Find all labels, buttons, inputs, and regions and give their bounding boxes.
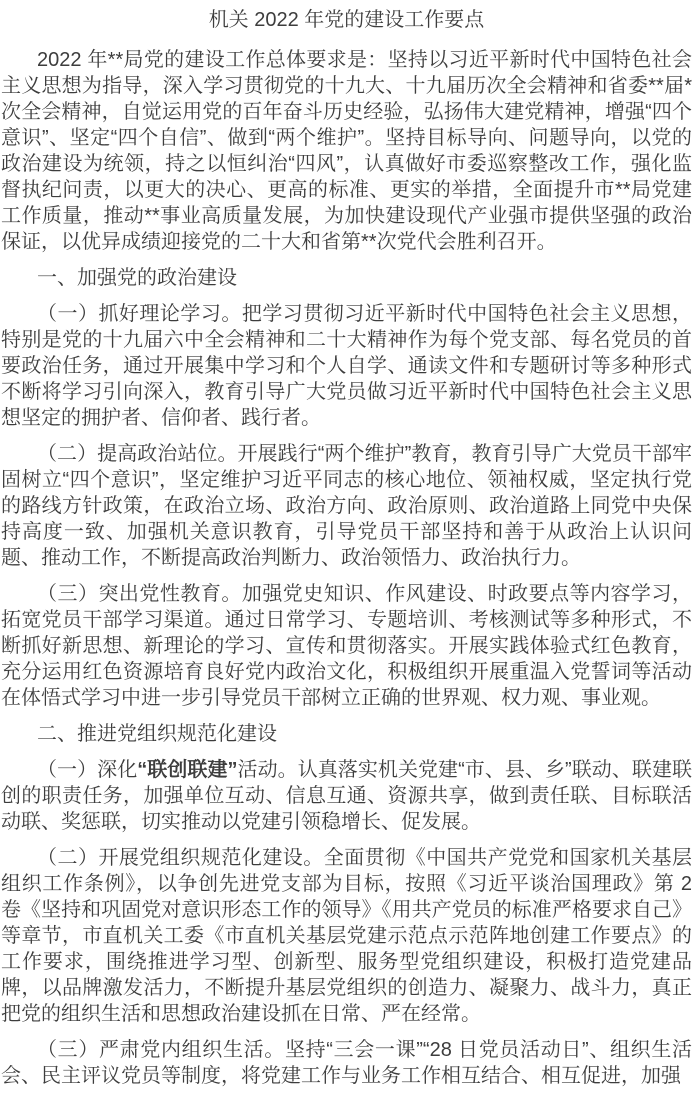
paragraph-2-1-joint-building: （一）深化“联创联建”活动。认真落实机关党建“市、县、乡”联动、联建联创的职责任…: [1, 757, 692, 835]
text-run-bold: “联创联建”: [137, 759, 237, 781]
text-run: （一）深化: [37, 759, 137, 781]
section-heading-1: 一、加强党的政治建设: [1, 265, 692, 291]
paragraph-2-3-party-organizational-life: （三）严肃党内组织生活。坚持“三会一课”“28 日党员活动日”、组织生活会、民主…: [1, 1037, 692, 1089]
doc-title: 机关 2022 年党的建设工作要点: [1, 6, 692, 34]
document-page: 机关 2022 年党的建设工作要点 2022 年**局党的建设工作总体要求是：坚…: [0, 0, 693, 1097]
paragraph-1-3-party-spirit-education: （三）突出党性教育。加强党史知识、作风建设、时政要点等内容学习，拓宽党员干部学习…: [1, 581, 692, 711]
section-heading-2: 二、推进党组织规范化建设: [1, 721, 692, 747]
paragraph-2-2-standardized-building: （二）开展党组织规范化建设。全面贯彻《中国共产党党和国家机关基层组织工作条例》，…: [1, 845, 692, 1027]
paragraph-overview: 2022 年**局党的建设工作总体要求是：坚持以习近平新时代中国特色社会主义思想…: [1, 47, 692, 255]
paragraph-1-1-theory-study: （一）抓好理论学习。把学习贯彻习近平新时代中国特色社会主义思想，特别是党的十九届…: [1, 301, 692, 431]
paragraph-1-2-political-stance: （二）提高政治站位。开展践行“两个维护”教育，教育引导广大党员干部牢固树立“四个…: [1, 441, 692, 571]
